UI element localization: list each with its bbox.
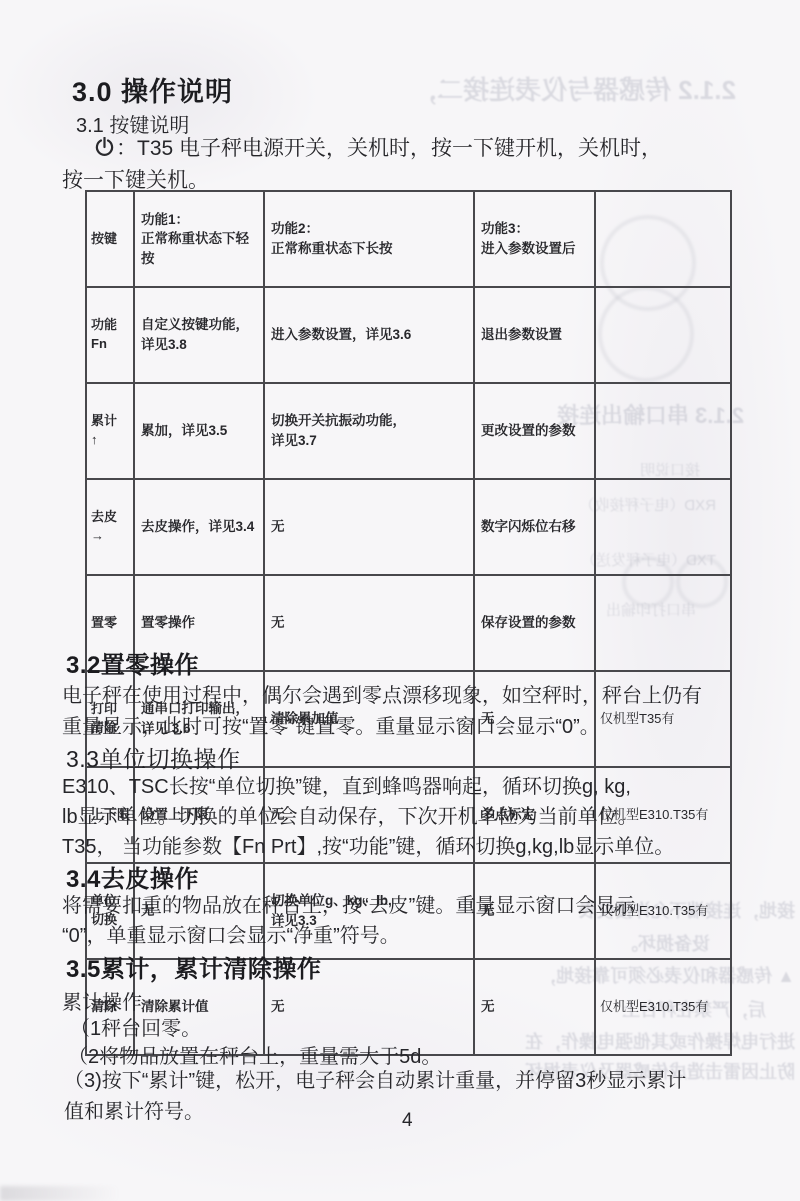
table-cell: 切换开关抗振动功能， 详见3.7 xyxy=(264,383,474,479)
section-3-0-heading: 3.0 操作说明 xyxy=(72,70,233,109)
table-cell: 自定义按键功能， 详见3.8 xyxy=(134,287,264,383)
bleedthrough-text: 2.1.2 传感器与仪表连接二， xyxy=(378,70,736,107)
table-cell: 功能1： 正常称重状态下轻按 xyxy=(134,191,264,287)
accumulate-step-3: （3)按下“累计”键，松开，电子秤会自动累计重量，并停留3秒显示累计 值和累计符… xyxy=(64,1066,776,1128)
section-3-3-heading: 3.3单位切换操作 xyxy=(66,741,240,774)
power-key-description: ：T35 电子秤电源开关，关机时，按一下键开机，关机时， 按一下键关机。 xyxy=(62,134,762,195)
table-cell: 去皮操作，详见3.4 xyxy=(134,479,264,575)
table-cell xyxy=(595,191,731,287)
scanned-manual-page: 2.1.2 传感器与仪表连接二， 2.1.3 串口输出连接 接口说明 RXD（电… xyxy=(0,0,800,1201)
table-cell xyxy=(595,575,731,671)
table-row: 功能 Fn自定义按键功能， 详见3.8进入参数设置，详见3.6退出参数设置 xyxy=(86,287,731,383)
table-cell: 更改设置的参数 xyxy=(474,383,595,479)
page-number: 4 xyxy=(402,1110,413,1132)
table-cell xyxy=(595,479,731,575)
table-cell: 功能3： 进入参数设置后 xyxy=(474,191,595,287)
table-cell: 累计 ↑ xyxy=(86,383,134,479)
table-row: 去皮 →去皮操作，详见3.4无数字闪烁位右移 xyxy=(86,479,731,575)
table-cell: 按键 xyxy=(86,191,134,287)
accumulate-step-1: （1秤台回零。 xyxy=(70,1012,201,1041)
table-row: 按键功能1： 正常称重状态下轻按功能2： 正常称重状态下长按功能3： 进入参数设… xyxy=(86,191,731,287)
table-row: 累计 ↑累加，详见3.5切换开关抗振动功能， 详见3.7更改设置的参数 xyxy=(86,383,731,479)
table-cell: 无 xyxy=(264,479,474,575)
table-cell: 仅机型E310.T35有 xyxy=(595,959,731,1055)
power-key-text: ：T35 电子秤电源开关，关机时，按一下键开机，关机时， 按一下键关机。 xyxy=(62,137,662,192)
table-cell xyxy=(595,383,731,479)
scan-edge-smudge xyxy=(0,1186,120,1201)
accumulate-subheading: 累计操作 xyxy=(62,986,142,1015)
table-cell: 无 xyxy=(264,575,474,671)
table-cell: 去皮 → xyxy=(86,479,134,575)
section-3-2-heading: 3.2置零操作 xyxy=(66,645,199,680)
section-3-5-heading: 3.5累计，累计清除操作 xyxy=(66,949,321,984)
section-3-3-body: E310、TSC长按“单位切换”键，直到蜂鸣器响起，循环切换g, kg, lb显… xyxy=(62,772,774,862)
accumulate-step-2: （2将物品放置在秤台上，重量需大于5d。 xyxy=(68,1040,441,1069)
table-cell: 无 xyxy=(474,959,595,1055)
table-cell: 数字闪烁位右移 xyxy=(474,479,595,575)
section-3-2-body: 电子秤在使用过程中，偶尔会遇到零点漂移现象，如空秤时，秤台上仍有 重量显示，此时… xyxy=(62,681,774,743)
table-cell: 功能 Fn xyxy=(86,287,134,383)
table-cell xyxy=(595,287,731,383)
table-cell: 进入参数设置，详见3.6 xyxy=(264,287,474,383)
table-cell: 累加，详见3.5 xyxy=(134,383,264,479)
power-icon xyxy=(95,137,114,166)
table-cell: 保存设置的参数 xyxy=(474,575,595,671)
table-cell: 功能2： 正常称重状态下长按 xyxy=(264,191,474,287)
section-3-4-heading: 3.4去皮操作 xyxy=(66,859,199,894)
table-cell: 退出参数设置 xyxy=(474,287,595,383)
section-3-4-body: 将需要扣重的物品放在秤台上，按“去皮”键。重量显示窗口会显示 “0”，单重显示窗… xyxy=(62,891,774,951)
